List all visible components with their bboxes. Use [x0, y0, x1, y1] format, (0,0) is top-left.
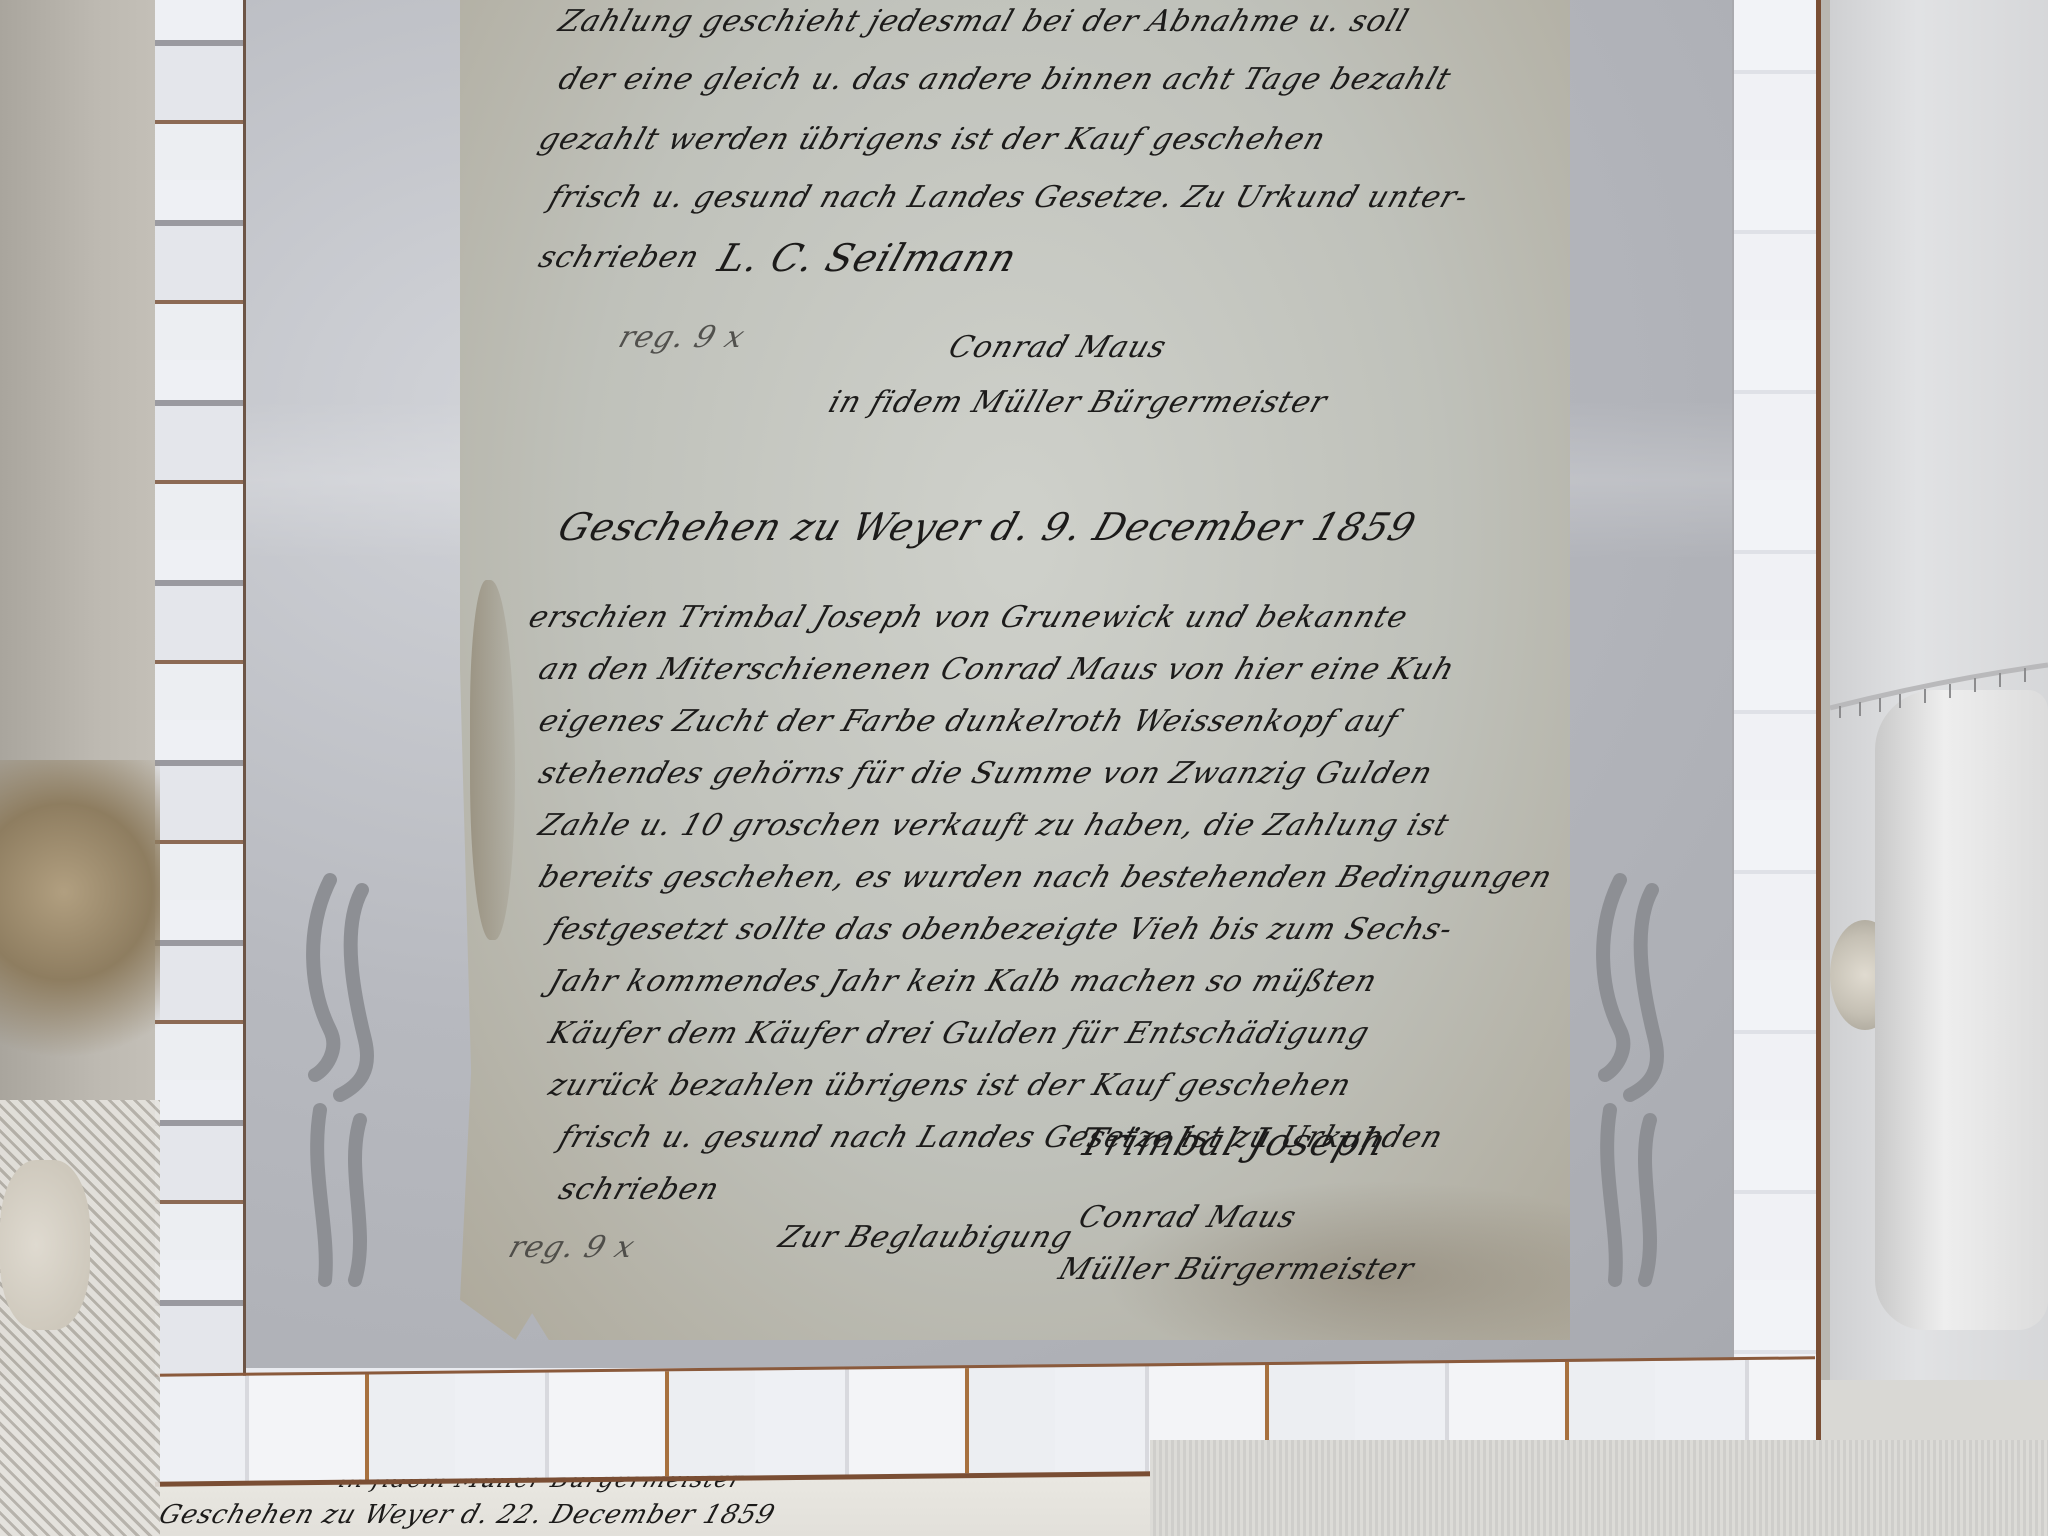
- margin-note: reg. 9 x: [614, 320, 749, 355]
- document-line: zurück bezahlen übrigens ist der Kauf ge…: [544, 1068, 1356, 1103]
- frame-left-rail: [155, 0, 246, 1470]
- beaded-trim: [1830, 660, 2048, 720]
- document-line: bereits geschehen, es wurden nach besteh…: [534, 860, 1557, 895]
- document-line: erschien Trimbal Joseph von Grunewick un…: [524, 600, 1412, 635]
- document-line: Zahle u. 10 groschen verkauft zu haben, …: [534, 808, 1454, 843]
- document-line: Jahr kommendes Jahr kein Kalb machen so …: [544, 964, 1382, 999]
- document-line: Käufer dem Käufer drei Gulden für Entsch…: [544, 1016, 1374, 1051]
- attestation-signer: Müller Bürgermeister: [1054, 1252, 1419, 1287]
- signature: L. C. Seilmann: [713, 236, 1023, 280]
- document-line: frisch u. gesund nach Landes Gesetze. Zu…: [544, 180, 1473, 215]
- dried-flowers: [0, 760, 160, 1090]
- second-document-line: Geschehen zu Weyer d. 22. December 1859: [155, 1500, 779, 1530]
- document-line: stehendes gehörns für die Summe von Zwan…: [534, 756, 1437, 791]
- document-line: eigenes Zucht der Farbe dunkelroth Weiss…: [534, 704, 1403, 739]
- tulle-fabric: [1150, 1440, 2048, 1536]
- document-line: Zahlung geschieht jedesmal bei der Abnah…: [554, 4, 1413, 39]
- document-line: an den Miterschienenen Conrad Maus von h…: [534, 652, 1459, 687]
- frame-right-rail: [1732, 0, 1821, 1470]
- scroll-ornament-left: [300, 870, 390, 1290]
- margin-note: reg. 9 x: [504, 1230, 639, 1265]
- signature: Trimbal Joseph: [1073, 1120, 1393, 1164]
- signature: Conrad Maus: [1074, 1200, 1301, 1235]
- document-line: schrieben: [554, 1172, 724, 1207]
- date-line: Geschehen zu Weyer d. 9. December 1859: [553, 505, 1422, 549]
- witness-name: Conrad Maus: [944, 330, 1171, 365]
- fabric-pouch: [0, 1160, 90, 1330]
- white-satin-shoe: [1875, 690, 2048, 1330]
- witness-title: in fidem Müller Bürgermeister: [824, 385, 1332, 420]
- attestation: Zur Beglaubigung: [774, 1220, 1077, 1255]
- document-line: gezahlt werden übrigens ist der Kauf ges…: [534, 122, 1330, 157]
- document-line: schrieben: [534, 240, 704, 275]
- document-line: festgesetzt sollte das obenbezeigte Vieh…: [544, 912, 1457, 947]
- scroll-ornament-right: [1590, 870, 1680, 1290]
- document-line: der eine gleich u. das andere binnen ach…: [554, 62, 1456, 97]
